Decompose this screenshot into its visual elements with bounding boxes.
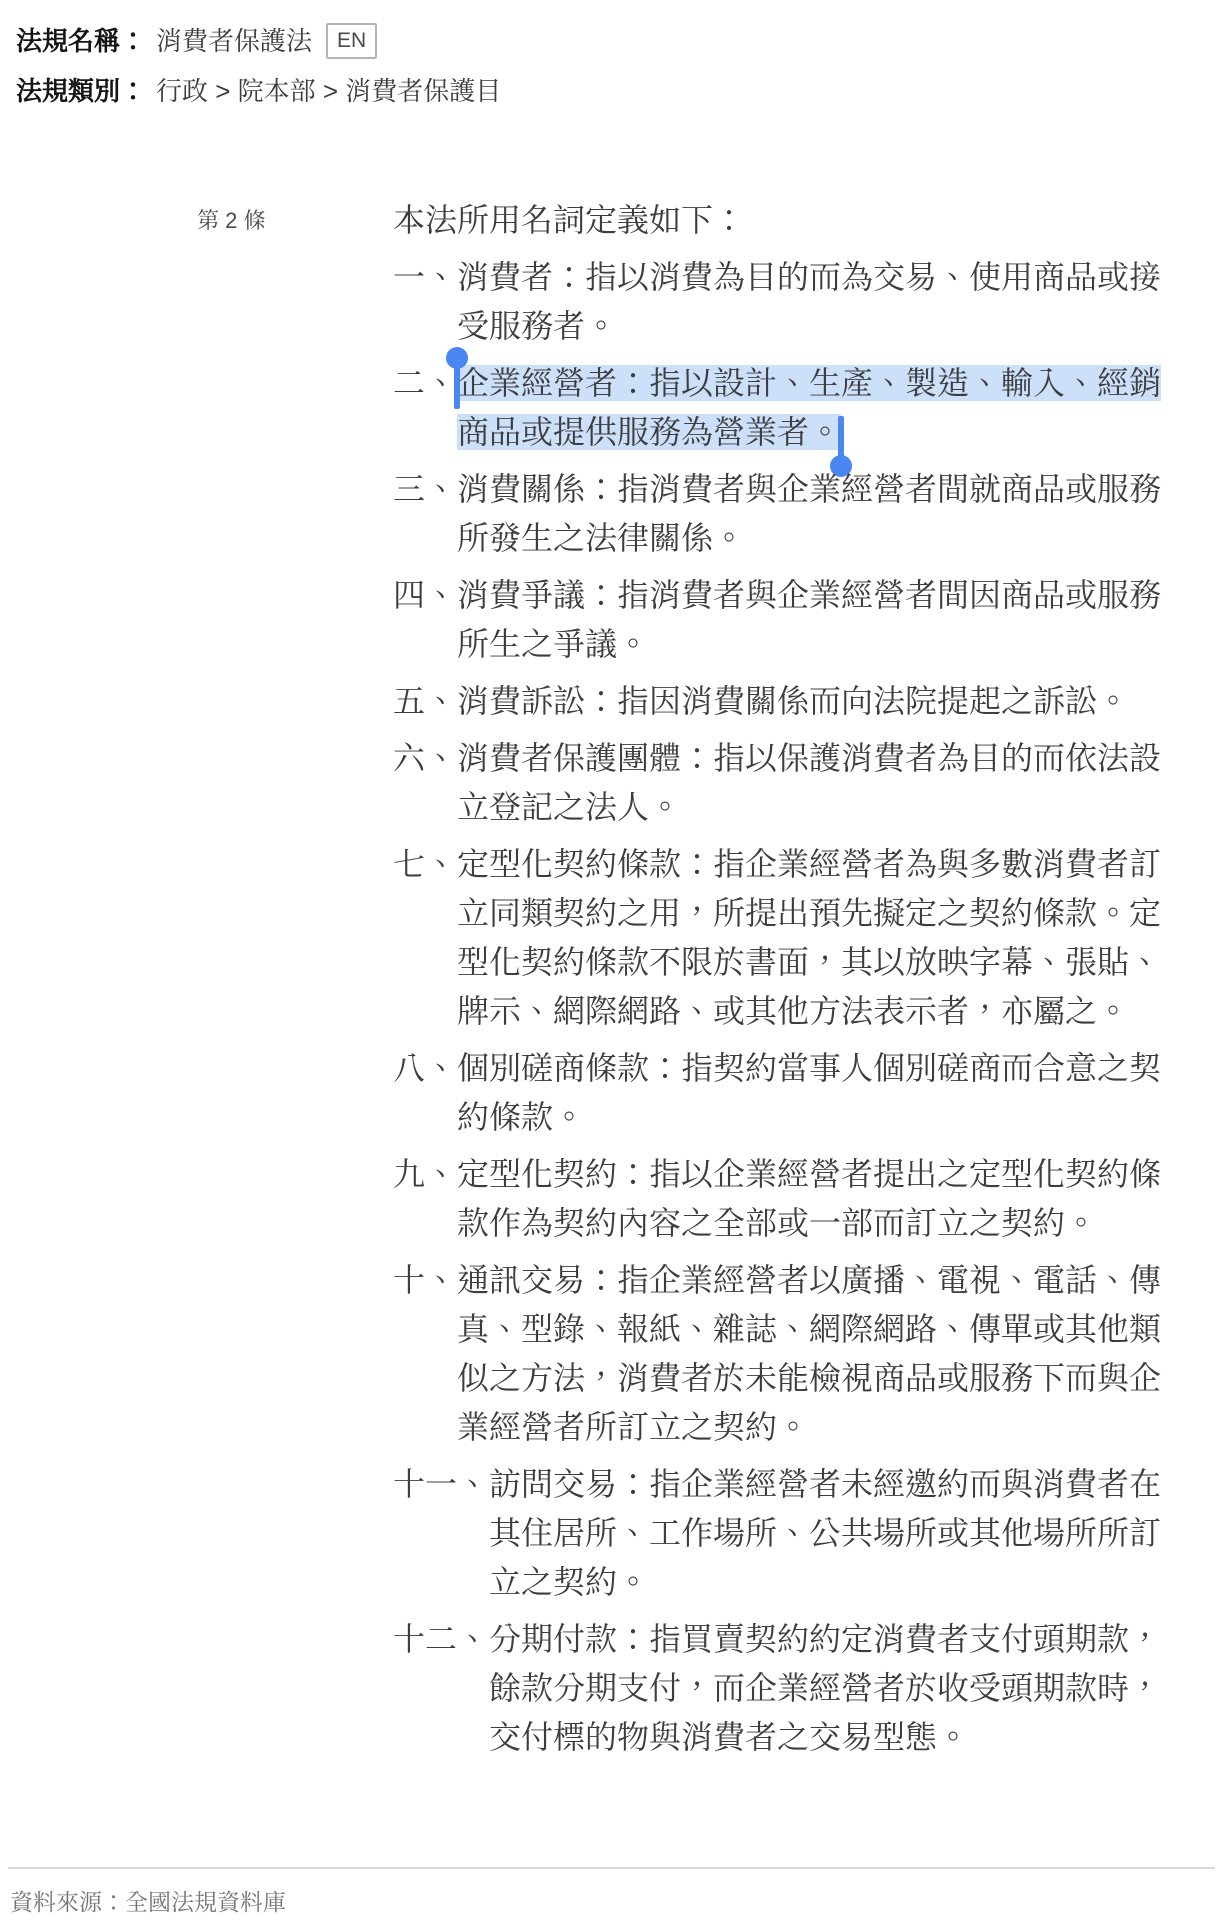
- selection-end-handle[interactable]: [838, 416, 844, 458]
- definition-marker: 九、: [393, 1150, 457, 1248]
- definition-marker: 十、: [393, 1256, 457, 1452]
- definition-marker: 四、: [393, 571, 457, 669]
- law-category-breadcrumb[interactable]: 行政 > 院本部 > 消費者保護目: [156, 76, 501, 106]
- selection-start-handle[interactable]: [446, 347, 468, 369]
- definition-item: 五、消費訴訟：指因消費關係而向法院提起之訴訟。: [393, 677, 1183, 726]
- data-source-text: 資料來源：全國法規資料庫: [10, 1889, 286, 1915]
- law-article-page: { "header": { "name_label": "法規名稱：", "na…: [0, 0, 1223, 1931]
- definition-marker: 三、: [393, 465, 457, 563]
- law-name-row: 法規名稱：消費者保護法EN: [16, 16, 1207, 66]
- definition-marker: 五、: [393, 677, 457, 726]
- definition-text: 定型化契約條款：指企業經營者為與多數消費者訂 立同類契約之用，所提出預先擬定之契…: [457, 840, 1183, 1036]
- definition-item: 三、消費關係：指消費者與企業經營者間就商品或服務 所發生之法律關係。: [393, 465, 1183, 563]
- definition-item: 七、定型化契約條款：指企業經營者為與多數消費者訂 立同類契約之用，所提出預先擬定…: [393, 840, 1183, 1036]
- definition-text: 訪問交易：指企業經營者未經邀約而與消費者在 其住居所、工作場所、公共場所或其他場…: [489, 1460, 1183, 1607]
- page-footer: 資料來源：全國法規資料庫: [8, 1867, 1215, 1917]
- definition-marker: 十一、: [393, 1460, 489, 1607]
- definition-text: 個別磋商條款：指契約當事人個別磋商而合意之契 約條款。: [457, 1044, 1183, 1142]
- definition-text: 定型化契約：指以企業經營者提出之定型化契約條 款作為契約內容之全部或一部而訂立之…: [457, 1150, 1183, 1248]
- definition-marker: 一、: [393, 253, 457, 351]
- en-version-badge[interactable]: EN: [326, 23, 377, 59]
- definition-text: 消費爭議：指消費者與企業經營者間因商品或服務 所生之爭議。: [457, 571, 1183, 669]
- page-header: 法規名稱：消費者保護法EN 法規類別：行政 > 院本部 > 消費者保護目: [0, 0, 1223, 116]
- definition-item: 六、消費者保護團體：指以保護消費者為目的而依法設 立登記之法人。: [393, 734, 1183, 832]
- article-lead-text: 本法所用名詞定義如下：: [393, 196, 1183, 245]
- definition-marker: 十二、: [393, 1615, 489, 1762]
- definition-text: 消費訴訟：指因消費關係而向法院提起之訴訟。: [457, 677, 1183, 726]
- definition-item: 九、定型化契約：指以企業經營者提出之定型化契約條 款作為契約內容之全部或一部而訂…: [393, 1150, 1183, 1248]
- definition-marker: 二、: [393, 359, 457, 457]
- law-category-row: 法規類別：行政 > 院本部 > 消費者保護目: [16, 66, 1207, 116]
- definition-marker: 八、: [393, 1044, 457, 1142]
- definition-text: 通訊交易：指企業經營者以廣播、電視、電話、傳 真、型錄、報紙、雜誌、網際網路、傳…: [457, 1256, 1183, 1452]
- definition-item: 八、個別磋商條款：指契約當事人個別磋商而合意之契 約條款。: [393, 1044, 1183, 1142]
- definition-text: 消費者：指以消費為目的而為交易、使用商品或接 受服務者。: [457, 253, 1183, 351]
- definition-item: 四、消費爭議：指消費者與企業經營者間因商品或服務 所生之爭議。: [393, 571, 1183, 669]
- definition-item: 十、通訊交易：指企業經營者以廣播、電視、電話、傳 真、型錄、報紙、雜誌、網際網路…: [393, 1256, 1183, 1452]
- definition-item: 一、消費者：指以消費為目的而為交易、使用商品或接 受服務者。: [393, 253, 1183, 351]
- article-content: 本法所用名詞定義如下： 一、消費者：指以消費為目的而為交易、使用商品或接 受服務…: [393, 196, 1183, 1762]
- selected-text: 企業經營者：指以設計、生產、製造、輸入、經銷 商品或提供服務為營業者。: [457, 365, 1161, 450]
- definition-item: 十一、訪問交易：指企業經營者未經邀約而與消費者在 其住居所、工作場所、公共場所或…: [393, 1460, 1183, 1607]
- definition-marker: 六、: [393, 734, 457, 832]
- selection-start-handle[interactable]: [454, 367, 460, 409]
- definition-text: 分期付款：指買賣契約約定消費者支付頭期款， 餘款分期支付，而企業經營者於收受頭期…: [489, 1615, 1183, 1762]
- definition-text: 企業經營者：指以設計、生產、製造、輸入、經銷 商品或提供服務為營業者。: [457, 359, 1183, 457]
- definition-item: 二、企業經營者：指以設計、生產、製造、輸入、經銷 商品或提供服務為營業者。: [393, 359, 1183, 457]
- article-section: 第 2 條 本法所用名詞定義如下： 一、消費者：指以消費為目的而為交易、使用商品…: [0, 196, 1223, 1762]
- article-number: 第 2 條: [197, 196, 393, 1762]
- law-name-label: 法規名稱：: [16, 26, 146, 56]
- definition-item: 十二、分期付款：指買賣契約約定消費者支付頭期款， 餘款分期支付，而企業經營者於收…: [393, 1615, 1183, 1762]
- law-name-value: 消費者保護法: [156, 26, 312, 56]
- definition-list: 一、消費者：指以消費為目的而為交易、使用商品或接 受服務者。二、企業經營者：指以…: [393, 253, 1183, 1762]
- definition-text: 消費關係：指消費者與企業經營者間就商品或服務 所發生之法律關係。: [457, 465, 1183, 563]
- definition-marker: 七、: [393, 840, 457, 1036]
- law-category-label: 法規類別：: [16, 76, 146, 106]
- definition-text: 消費者保護團體：指以保護消費者為目的而依法設 立登記之法人。: [457, 734, 1183, 832]
